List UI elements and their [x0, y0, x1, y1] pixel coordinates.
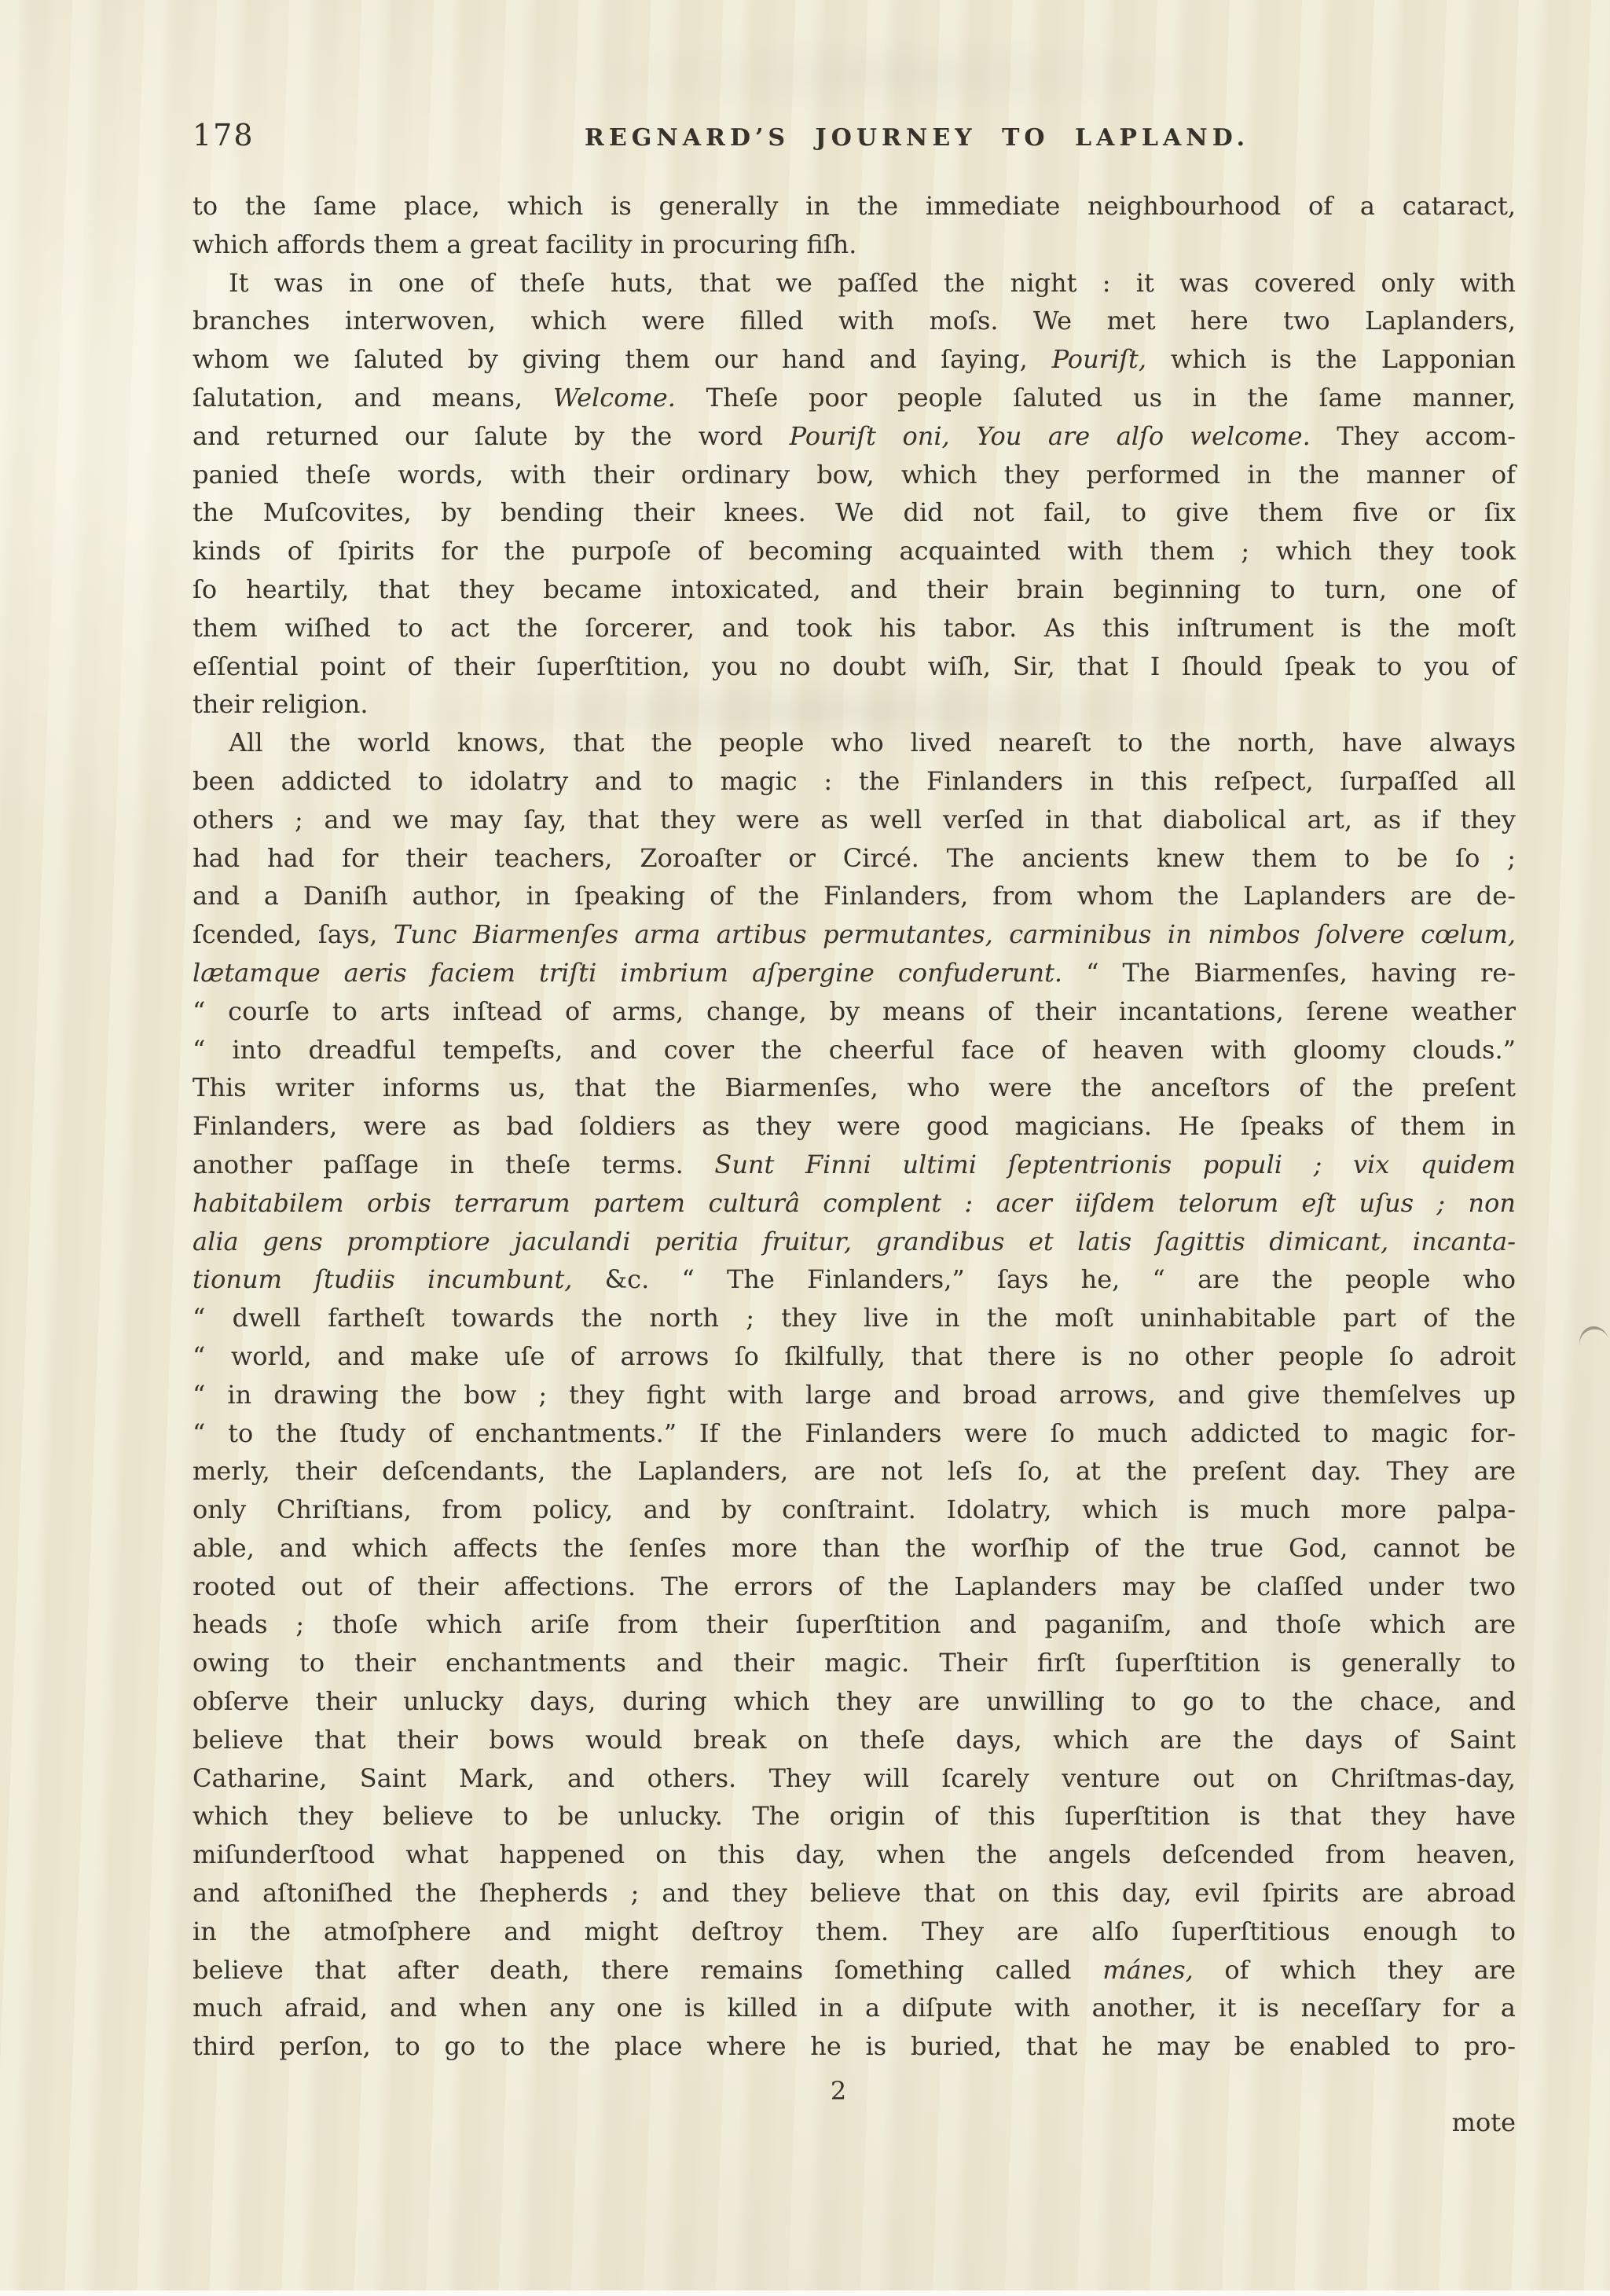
text-line: alia gens promptiore jaculandi peritia f…	[193, 1223, 1516, 1261]
text-line: obſerve their unlucky days, during which…	[193, 1682, 1516, 1721]
italic-text-segment: lætamque aeris faciem triſti imbrium aſp…	[193, 958, 1062, 988]
text-line: much afraid, and when any one is killed …	[193, 1989, 1516, 2027]
text-line: lætamque aeris faciem triſti imbrium aſp…	[193, 954, 1516, 992]
page-footer: 2 mote	[193, 2075, 1516, 2138]
text-segment: ſcended, ſays,	[193, 919, 394, 949]
text-segment: their religion.	[193, 689, 369, 719]
text-segment: the Muſcovites, by bending their knees. …	[193, 497, 1516, 527]
text-segment: to the ſame place, which is generally in…	[193, 191, 1516, 221]
text-line: been addicted to idolatry and to magic :…	[193, 762, 1516, 801]
text-line: their religion.	[193, 685, 1516, 724]
text-segment: panied theſe words, with their ordinary …	[193, 460, 1516, 490]
text-line: ſo heartily, that they became intoxicate…	[193, 570, 1516, 609]
text-line: merly, their deſcendants, the Laplanders…	[193, 1452, 1516, 1491]
text-segment: whom we ſaluted by giving them our hand …	[193, 344, 1052, 374]
text-segment: eſſential point of their ſuperſtition, y…	[193, 651, 1516, 681]
text-line: tionum ſtudiis incumbunt, &c. “ The Finl…	[193, 1260, 1516, 1299]
text-line: which they believe to be unlucky. The or…	[193, 1797, 1516, 1836]
text-line: only Chriſtians, from policy, and by con…	[193, 1491, 1516, 1529]
text-segment: owing to their enchantments and their ma…	[193, 1648, 1516, 1678]
italic-text-segment: Pouriſt oni, You are alſo welcome.	[790, 421, 1311, 451]
text-segment: and returned our ſalute by the word	[193, 421, 790, 451]
italic-text-segment: alia gens promptiore jaculandi peritia f…	[193, 1227, 1516, 1256]
text-segment: branches interwoven, which were filled w…	[193, 306, 1516, 336]
text-line: third perſon, to go to the place where h…	[193, 2027, 1516, 2066]
italic-text-segment: tionum ſtudiis incumbunt,	[193, 1264, 572, 1294]
text-segment: miſunderſtood what happened on this day,…	[193, 1839, 1516, 1869]
text-line: This writer informs us, that the Biarmen…	[193, 1069, 1516, 1107]
text-line: the Muſcovites, by bending their knees. …	[193, 493, 1516, 532]
text-line: kinds of ſpirits for the purpoſe of beco…	[193, 532, 1516, 570]
italic-text-segment: habitabilem orbis terrarum partem cultur…	[193, 1188, 1516, 1218]
text-line: Catharine, Saint Mark, and others. They …	[193, 1759, 1516, 1798]
text-segment: of which they are	[1194, 1955, 1516, 1985]
text-line: Finlanders, were as bad ſoldiers as they…	[193, 1107, 1516, 1146]
text-line: which affords them a great facility in p…	[193, 226, 1516, 264]
text-line: and returned our ſalute by the word Pour…	[193, 417, 1516, 456]
text-segment: them wiſhed to act the ſorcerer, and too…	[193, 613, 1516, 643]
text-segment: able, and which affects the ſenſes more …	[193, 1533, 1516, 1563]
text-segment: It was in one of theſe huts, that we paſ…	[229, 268, 1516, 298]
text-segment: ſalutation, and means,	[193, 383, 553, 413]
page-content: 178 REGNARD’S JOURNEY TO LAPLAND. to the…	[193, 118, 1516, 2138]
text-segment: and a Daniſh author, in ſpeaking of the …	[193, 881, 1516, 911]
text-segment: third perſon, to go to the place where h…	[193, 2031, 1516, 2061]
text-segment: in the atmoſphere and might deſtroy them…	[193, 1916, 1516, 1946]
text-segment: All the world knows, that the people who…	[229, 728, 1516, 757]
text-line: “ into dreadful tempeſts, and cover the …	[193, 1031, 1516, 1069]
text-segment: which affords them a great facility in p…	[193, 229, 856, 259]
text-segment: This writer informs us, that the Biarmen…	[193, 1073, 1516, 1102]
signature-mark: 2	[177, 2075, 1500, 2107]
italic-text-segment: Tunc Biarmenſes arma artibus permutantes…	[394, 919, 1516, 949]
text-line: “ dwell fartheſt towards the north ; the…	[193, 1299, 1516, 1337]
text-line: believe that their bows would break on t…	[193, 1721, 1516, 1759]
text-segment: been addicted to idolatry and to magic :…	[193, 766, 1516, 796]
text-segment: “ to the ſtudy of enchantments.” If the …	[193, 1418, 1516, 1448]
text-line: able, and which affects the ſenſes more …	[193, 1529, 1516, 1568]
italic-text-segment: Welcome.	[553, 383, 676, 413]
text-line: others ; and we may ſay, that they were …	[193, 801, 1516, 839]
text-line: in the atmoſphere and might deſtroy them…	[193, 1913, 1516, 1951]
text-line: and aſtoniſhed the ſhepherds ; and they …	[193, 1874, 1516, 1913]
text-line: heads ; thoſe which ariſe from their ſup…	[193, 1605, 1516, 1644]
text-line: believe that after death, there remains …	[193, 1951, 1516, 1990]
text-segment: “ dwell fartheſt towards the north ; the…	[193, 1303, 1516, 1333]
text-segment: merly, their deſcendants, the Laplanders…	[193, 1456, 1516, 1486]
text-segment: “ The Biarmenſes, having re-	[1062, 958, 1516, 988]
text-line: “ world, and make uſe of arrows ſo ſkilf…	[193, 1337, 1516, 1376]
pen-stray-mark	[1576, 1323, 1609, 1346]
body-text: to the ſame place, which is generally in…	[193, 187, 1516, 2066]
text-line: and a Daniſh author, in ſpeaking of the …	[193, 877, 1516, 915]
text-segment: “ world, and make uſe of arrows ſo ſkilf…	[193, 1341, 1516, 1371]
text-segment: which is the Lapponian	[1146, 344, 1516, 374]
text-segment: Catharine, Saint Mark, and others. They …	[193, 1763, 1516, 1793]
text-line: panied theſe words, with their ordinary …	[193, 456, 1516, 494]
text-segment: which they believe to be unlucky. The or…	[193, 1801, 1516, 1831]
italic-text-segment: mánes,	[1102, 1955, 1194, 1985]
catchword: mote	[193, 2107, 1516, 2138]
text-line: habitabilem orbis terrarum partem cultur…	[193, 1184, 1516, 1223]
running-title: REGNARD’S JOURNEY TO LAPLAND.	[350, 124, 1484, 152]
text-line: had had for their teachers, Zoroaſter or…	[193, 839, 1516, 878]
text-line: ſalutation, and means, Welcome. Theſe po…	[193, 379, 1516, 417]
text-segment: and aſtoniſhed the ſhepherds ; and they …	[193, 1878, 1516, 1908]
text-segment: obſerve their unlucky days, during which…	[193, 1686, 1516, 1716]
text-segment: “ in drawing the bow ; they fight with l…	[193, 1380, 1516, 1410]
italic-text-segment: Pouriſt,	[1052, 344, 1147, 374]
scan-edge-strip	[0, 2290, 1610, 2296]
italic-text-segment: Sunt Finni ultimi ſeptentrionis populi ;…	[714, 1150, 1516, 1179]
text-line: “ to the ſtudy of enchantments.” If the …	[193, 1414, 1516, 1453]
text-line: “ courſe to arts inſtead of arms, change…	[193, 992, 1516, 1031]
text-line: “ in drawing the bow ; they fight with l…	[193, 1376, 1516, 1414]
text-line: rooted out of their affections. The erro…	[193, 1568, 1516, 1606]
text-line: eſſential point of their ſuperſtition, y…	[193, 647, 1516, 686]
text-line: branches interwoven, which were filled w…	[193, 302, 1516, 340]
text-line: owing to their enchantments and their ma…	[193, 1644, 1516, 1682]
text-segment: “ courſe to arts inſtead of arms, change…	[193, 996, 1516, 1026]
page-header: 178 REGNARD’S JOURNEY TO LAPLAND.	[193, 118, 1516, 168]
text-line: whom we ſaluted by giving them our hand …	[193, 340, 1516, 379]
text-segment: heads ; thoſe which ariſe from their ſup…	[193, 1609, 1516, 1639]
text-segment: much afraid, and when any one is killed …	[193, 1993, 1516, 2023]
text-segment: kinds of ſpirits for the purpoſe of beco…	[193, 536, 1516, 566]
text-segment: &c. “ The Finlanders,” ſays he, “ are th…	[572, 1264, 1516, 1294]
text-segment: believe that after death, there remains …	[193, 1955, 1102, 1985]
text-segment: had had for their teachers, Zoroaſter or…	[193, 843, 1516, 873]
text-line: them wiſhed to act the ſorcerer, and too…	[193, 609, 1516, 647]
text-segment: believe that their bows would break on t…	[193, 1725, 1516, 1755]
text-segment: only Chriſtians, from policy, and by con…	[193, 1495, 1516, 1524]
text-segment: They accom-	[1311, 421, 1516, 451]
show-through-smudge	[550, 31, 1257, 118]
text-segment: ſo heartily, that they became intoxicate…	[193, 574, 1516, 604]
text-segment: Finlanders, were as bad ſoldiers as they…	[193, 1111, 1516, 1141]
text-segment: Theſe poor people ſaluted us in the ſame…	[676, 383, 1516, 413]
text-segment: “ into dreadful tempeſts, and cover the …	[193, 1035, 1516, 1065]
text-segment: others ; and we may ſay, that they were …	[193, 805, 1516, 834]
text-line: miſunderſtood what happened on this day,…	[193, 1836, 1516, 1874]
text-segment: rooted out of their affections. The erro…	[193, 1572, 1516, 1601]
book-page: 178 REGNARD’S JOURNEY TO LAPLAND. to the…	[0, 0, 1610, 2296]
text-line: It was in one of theſe huts, that we paſ…	[193, 264, 1516, 303]
text-line: to the ſame place, which is generally in…	[193, 187, 1516, 226]
text-line: ſcended, ſays, Tunc Biarmenſes arma arti…	[193, 915, 1516, 954]
text-line: another paſſage in theſe terms. Sunt Fin…	[193, 1146, 1516, 1184]
text-segment: another paſſage in theſe terms.	[193, 1150, 714, 1179]
text-line: All the world knows, that the people who…	[193, 724, 1516, 762]
